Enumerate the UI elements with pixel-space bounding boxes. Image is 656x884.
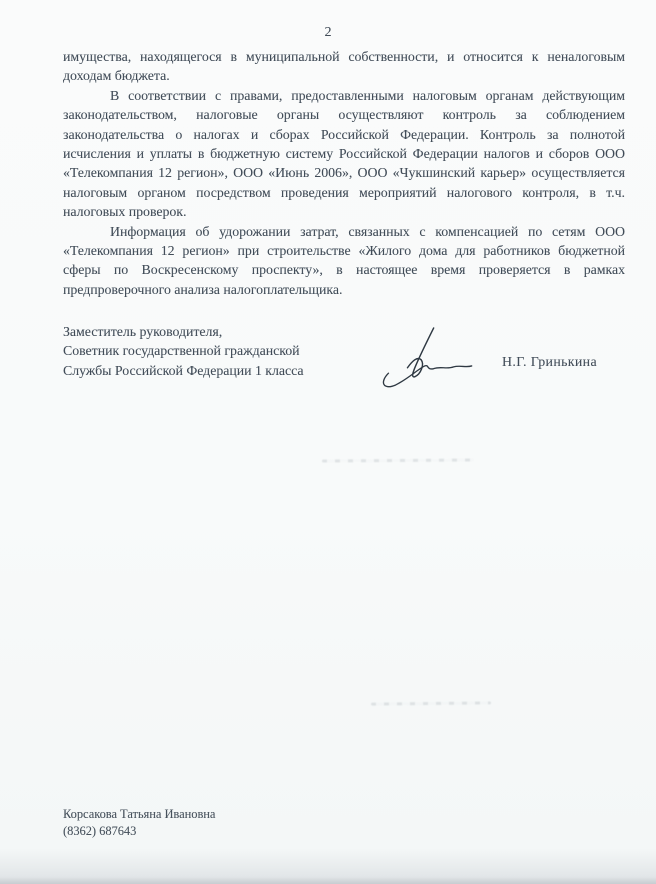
letter-body: имущества, находящегося в муниципальной … bbox=[63, 47, 625, 299]
scan-bottom-edge bbox=[0, 877, 656, 884]
executor-footer: Корсакова Татьяна Ивановна (8362) 687643 bbox=[63, 806, 215, 839]
scan-smudge-artifact bbox=[371, 701, 491, 705]
paragraph-tax-control: В соответствии с правами, предоставленны… bbox=[63, 86, 625, 222]
signer-position-line: Советник государственной гражданской bbox=[63, 341, 304, 360]
executor-name: Корсакова Татьяна Ивановна bbox=[63, 806, 215, 823]
scan-smudge-artifact bbox=[322, 458, 474, 462]
page-number: 2 bbox=[0, 25, 656, 41]
signer-position-line: Заместитель руководителя, bbox=[63, 322, 304, 341]
handwritten-signature-icon bbox=[374, 320, 478, 392]
signature-title-block: Заместитель руководителя, Советник госуд… bbox=[63, 322, 304, 380]
signer-name: Н.Г. Гринькина bbox=[502, 354, 597, 370]
paragraph-cost-increase: Информация об удорожании затрат, связанн… bbox=[63, 222, 625, 300]
scanned-letter-page: 2 имущества, находящегося в муниципально… bbox=[0, 0, 656, 884]
signer-position-line: Службы Российской Федерации 1 класса bbox=[63, 361, 304, 380]
paragraph-continuation: имущества, находящегося в муниципальной … bbox=[63, 47, 625, 86]
executor-phone: (8362) 687643 bbox=[63, 823, 215, 840]
